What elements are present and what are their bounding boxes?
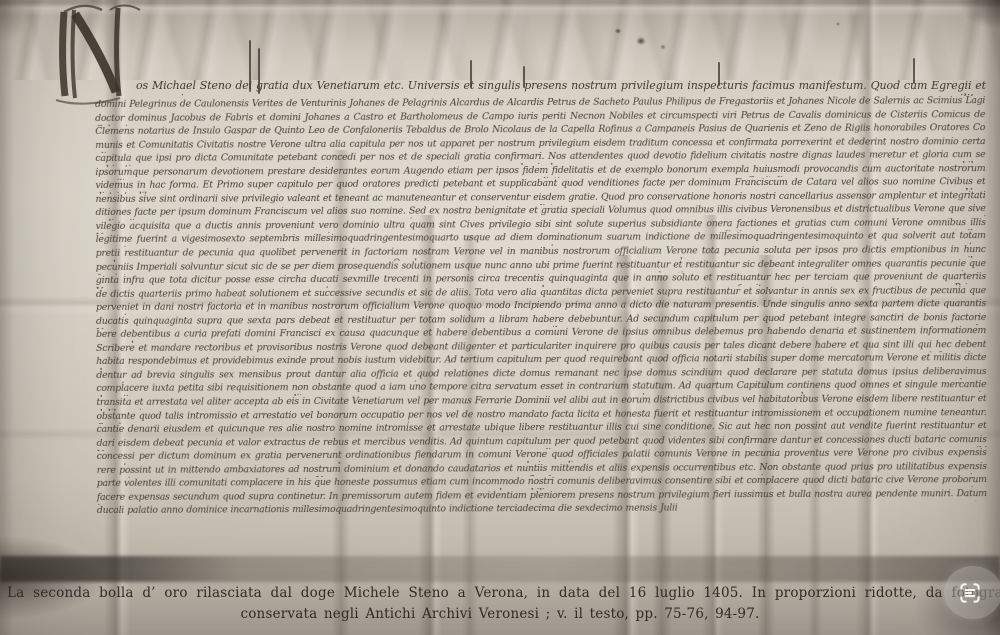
caption-line-2: conservata negli Antichi Archivi Verones… (0, 606, 1000, 622)
scan-text-button[interactable] (944, 566, 1000, 619)
scan-text-icon (957, 580, 983, 606)
caption-line-1: La seconda bolla d’ oro rilasciata dal d… (0, 585, 1000, 601)
photo-vignette (0, 0, 1000, 635)
parchment-photo: os Michael Steno dei gratia dux Venetiar… (0, 0, 1000, 635)
plate-caption: La seconda bolla d’ oro rilasciata dal d… (0, 585, 1000, 622)
